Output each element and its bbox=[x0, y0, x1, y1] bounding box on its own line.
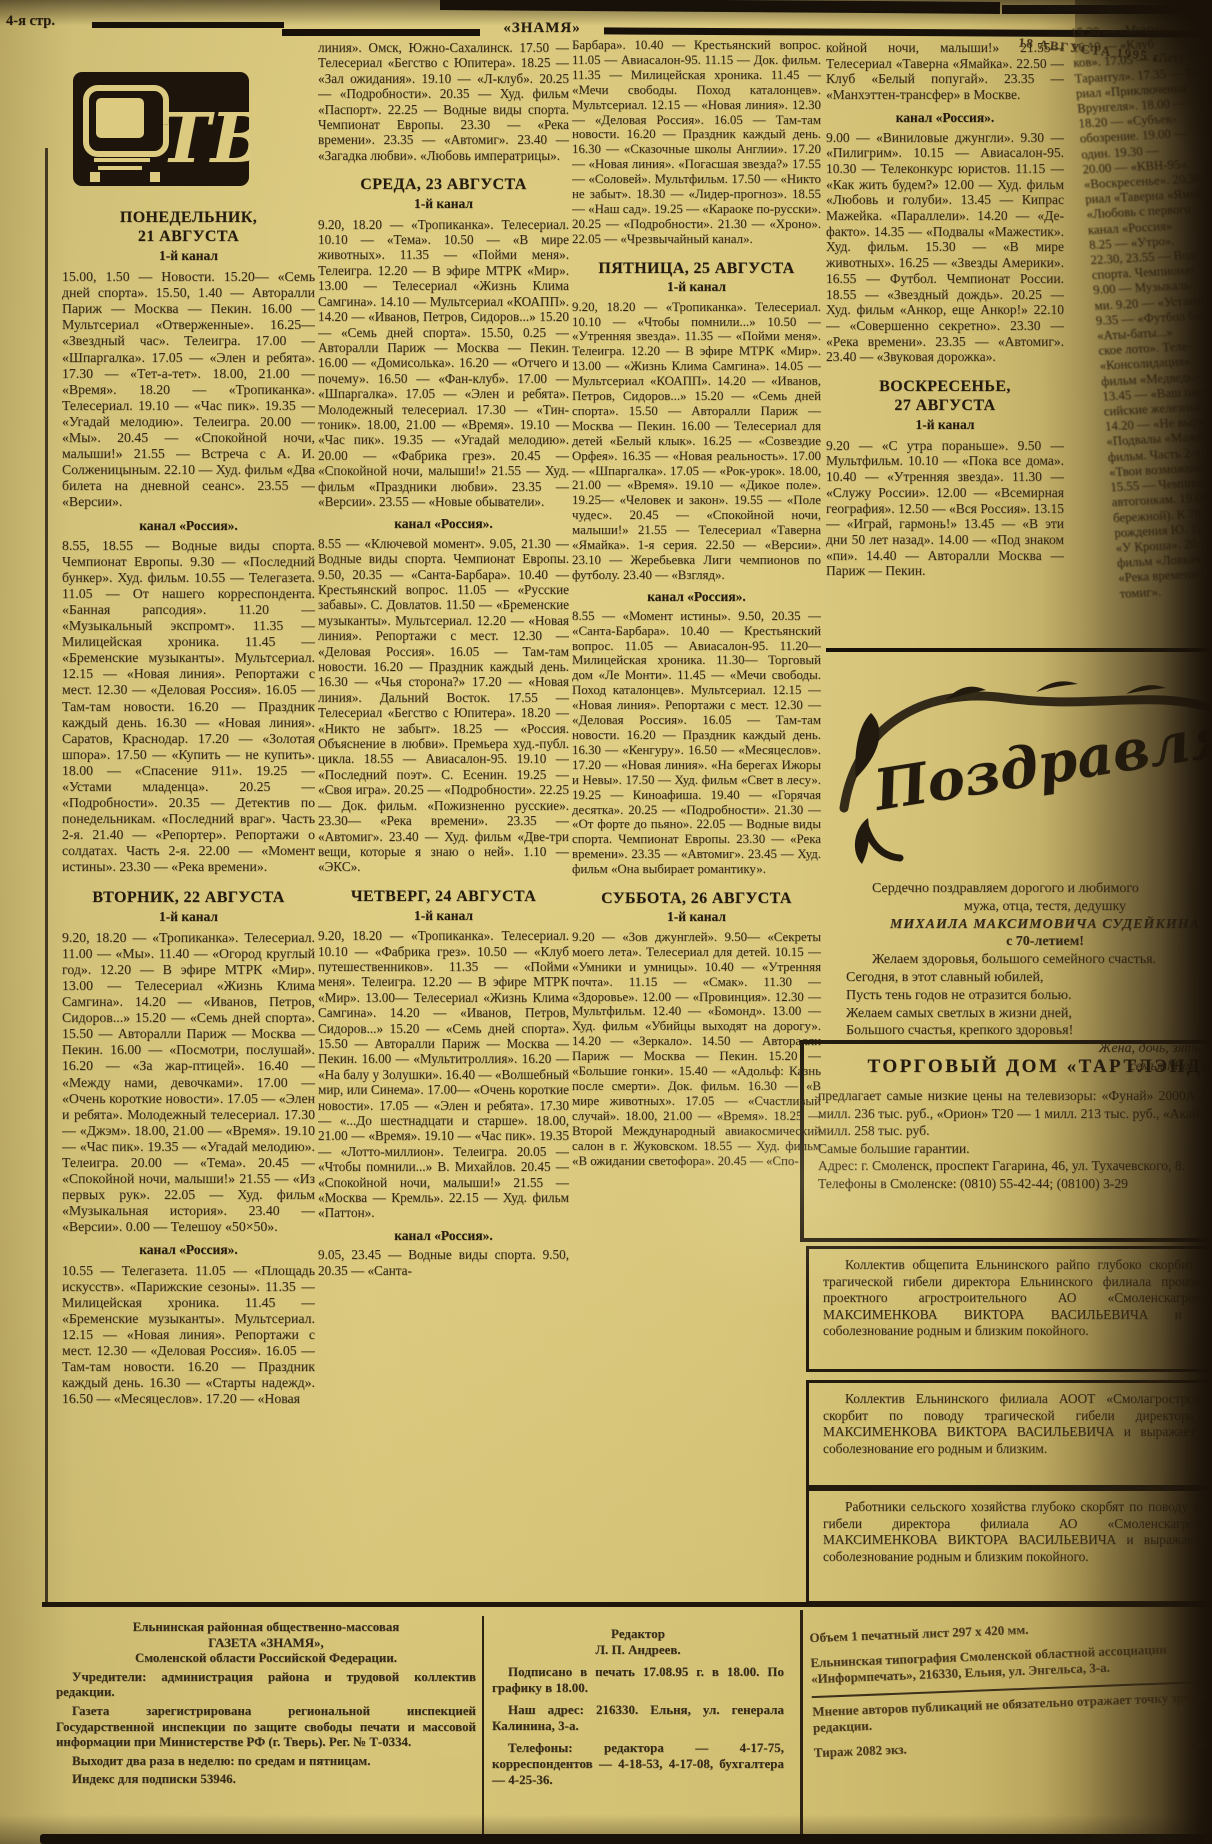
congratulations-ornament: Поздравляем! bbox=[826, 658, 1212, 873]
tartland-ad-box: ТОРГОВЫЙ ДОМ «ТАРТЛЭНД» предлагает самые… bbox=[800, 1040, 1212, 1242]
channel-russia-label: канал «Россия». bbox=[62, 1242, 315, 1258]
day-heading-monday: ПОНЕДЕЛЬНИК, 21 АВГУСТА bbox=[62, 208, 315, 246]
listing-thursday-channel1: 9.20, 18.20 — «Тропиканка». Телесериал. … bbox=[318, 928, 569, 1221]
listing-wednesday-russia: 8.55 — «Ключевой момент». 9.05, 21.30 — … bbox=[318, 536, 569, 875]
footer-rule bbox=[42, 1602, 1212, 1607]
obituary-notice-1: Коллектив общепита Ельнинского райпо глу… bbox=[806, 1246, 1212, 1372]
listing-tuesday-russia: 10.55 — Телегазета. 11.05 — «Площадь иск… bbox=[62, 1263, 315, 1408]
obituary-notice-2: Коллектив Ельнинского филиала АООТ «Смол… bbox=[806, 1380, 1212, 1488]
channel-russia-label: канал «Россия». bbox=[62, 518, 315, 534]
congrats-line: Сердечно поздравляем дорогого и любимого bbox=[846, 880, 1212, 898]
listing-saturday-russia: 9.00 — «Виниловые джунгли». 9.30 — «Пили… bbox=[826, 130, 1064, 366]
congrats-line: Желаем здоровья, большого семейного счас… bbox=[846, 951, 1212, 969]
footer-line: Ельнинская районная общественно-массовая bbox=[56, 1620, 476, 1636]
obituary-text: Коллектив Ельнинского филиала АООТ «Смол… bbox=[823, 1391, 1212, 1457]
day-heading-thursday: ЧЕТВЕРГ, 24 АВГУСТА bbox=[318, 887, 569, 906]
footer-divider-1 bbox=[482, 1616, 484, 1834]
footer-publisher-block: Ельнинская районная общественно-массовая… bbox=[56, 1620, 476, 1788]
channel-russia-label: канал «Россия». bbox=[826, 110, 1064, 126]
listing-sunday-channel1: 9.20 — «С утра пораньше». 9.50 — Мультфи… bbox=[826, 438, 1064, 579]
listing-tuesday-channel1: 9.20, 18.20 — «Тропиканка». Телесериал. … bbox=[62, 930, 315, 1236]
page-number-label: 4-я стр. bbox=[6, 13, 55, 30]
top-rule-segment-right bbox=[1002, 5, 1212, 14]
printing-house-note: Ельнинская типография Смоленской областн… bbox=[810, 1639, 1212, 1687]
channel-russia-label: канал «Россия». bbox=[318, 516, 569, 531]
left-edge-rule bbox=[45, 148, 48, 1604]
founders-note: Учредители: администрация района и трудо… bbox=[56, 1670, 476, 1701]
tv-section-logo: ТВ bbox=[72, 68, 250, 190]
page-label-rule bbox=[92, 22, 284, 28]
section-rule bbox=[826, 648, 1212, 652]
registration-note: Газета зарегистрирована региональной инс… bbox=[56, 1704, 476, 1751]
congrats-jubilee-name: МИХАИЛА МАКСИМОВИЧА СУДЕЙКИНА bbox=[846, 916, 1212, 934]
newspaper-page: 4-я стр. «ЗНАМЯ» 18 АВГУСТА 1995 г. ТВ П… bbox=[0, 0, 1212, 1844]
channel-russia-label: канал «Россия». bbox=[572, 590, 821, 605]
congrats-line: Пусть тень годов не отразится болью. bbox=[846, 987, 1212, 1005]
channel-1-label: 1-й канал bbox=[826, 417, 1064, 433]
ad-title: ТОРГОВЫЙ ДОМ «ТАРТЛЭНД» bbox=[818, 1056, 1212, 1078]
masthead-rule-left bbox=[282, 29, 480, 36]
listing-monday-russia: 8.55, 18.55 — Водные виды спорта. Чемпио… bbox=[62, 538, 315, 876]
channel-1-label: 1-й канал bbox=[318, 196, 569, 211]
congrats-line: мужа, отца, тестя, дедушку bbox=[846, 898, 1212, 916]
channel-1-label: 1-й канал bbox=[62, 909, 315, 925]
channel-1-label: 1-й канал bbox=[572, 910, 821, 925]
channel-1-label: 1-й канал bbox=[318, 908, 569, 923]
address-note: Наш адрес: 216330. Ельня, ул. генерала К… bbox=[492, 1702, 784, 1734]
congrats-line: с 70-летием! bbox=[846, 933, 1212, 951]
phones-note: Телефоны: редактора — 4-17-75, корреспон… bbox=[492, 1740, 784, 1788]
footer-divider-2 bbox=[800, 1610, 803, 1836]
day-heading-friday: ПЯТНИЦА, 25 АВГУСТА bbox=[572, 259, 821, 278]
ad-body: предлагает самые низкие цены на телевизо… bbox=[818, 1087, 1212, 1193]
tv-listings-column-1: ТВ ПОНЕДЕЛЬНИК, 21 АВГУСТА 1-й канал 15.… bbox=[62, 62, 315, 1602]
day-heading-tuesday: ВТОРНИК, 22 АВГУСТА bbox=[62, 888, 315, 907]
listing-wednesday-channel1: 9.20, 18.20 — «Тропиканка». Телесериал. … bbox=[318, 217, 569, 510]
listing-friday-channel1: 9.20, 18.20 — «Тропиканка». Телесериал. … bbox=[572, 300, 821, 583]
listing-monday-channel1: 15.00, 1.50 — Новости. 15.20— «Семь дней… bbox=[62, 269, 315, 510]
print-deadline-note: Подписано в печать 17.08.95 г. в 18.00. … bbox=[492, 1664, 784, 1696]
schedule-note: Выходит два раза в неделю: по средам и п… bbox=[56, 1754, 476, 1770]
day-heading-wednesday: СРЕДА, 23 АВГУСТА bbox=[318, 175, 569, 194]
masthead-title: «ЗНАМЯ» bbox=[482, 20, 602, 37]
editor-name: Л. П. Андреев. bbox=[492, 1642, 784, 1658]
footer-line: Смоленской области Российской Федерации. bbox=[56, 1651, 476, 1667]
channel-1-label: 1-й канал bbox=[572, 280, 821, 295]
fold-column-listings: 15.20 — «Мумми- 16.10 — «Клуб ков». 17.0… bbox=[1070, 18, 1212, 602]
day-heading-sunday: ВОСКРЕСЕНЬЕ, 27 АВГУСТА bbox=[826, 377, 1064, 415]
tv-listings-column-4: койной ночи, малыши!» 21.55— Телесериал … bbox=[826, 40, 1064, 646]
editor-label: Редактор bbox=[492, 1626, 784, 1642]
listing-friday-russia: 8.55 — «Момент истины». 9.50, 20.35 — «С… bbox=[572, 609, 821, 877]
obituary-text: Работники сельского хозяйства глубоко ск… bbox=[823, 1499, 1212, 1565]
top-rule-segment bbox=[440, 0, 1000, 14]
listing-saturday-channel1-continued: койной ночи, малыши!» 21.55— Телесериал … bbox=[826, 40, 1064, 103]
newspaper-name: ГАЗЕТА «ЗНАМЯ», bbox=[56, 1636, 476, 1652]
obituary-notice-3: Работники сельского хозяйства глубоко ск… bbox=[806, 1488, 1212, 1604]
listing-thursday-russia: 9.05, 23.45 — Водные виды спорта. 9.50, … bbox=[318, 1247, 569, 1278]
tv-listings-column-2: линия». Омск, Южно-Сахалинск. 17.50 — Те… bbox=[318, 40, 569, 1602]
subscription-index: Индекс для подписки 53946. bbox=[56, 1772, 476, 1788]
congrats-line: Желаем самых светлых в жизни дней, bbox=[846, 1005, 1212, 1023]
listing-thursday-russia-continued: Барбара». 10.40 — Крестьянский вопрос. 1… bbox=[572, 38, 821, 247]
congrats-line: Большого счастья, крепкого здоровья! bbox=[846, 1022, 1212, 1040]
tv-logo-letters: ТВ bbox=[160, 99, 250, 179]
footer-editor-block: Редактор Л. П. Андреев. Подписано в печа… bbox=[492, 1626, 784, 1788]
channel-russia-label: канал «Россия». bbox=[318, 1228, 569, 1243]
listing-saturday-channel1: 9.20 — «Зов джунглей». 9.50— «Секреты мо… bbox=[572, 930, 821, 1169]
tv-listings-column-3: Барбара». 10.40 — Крестьянский вопрос. 1… bbox=[572, 38, 821, 1602]
obituary-text: Коллектив общепита Ельнинского райпо глу… bbox=[823, 1257, 1212, 1340]
listing-tuesday-russia-continued: линия». Омск, Южно-Сахалинск. 17.50 — Те… bbox=[318, 40, 569, 163]
bottom-edge-rule bbox=[40, 1834, 1212, 1844]
congrats-line: Сегодня, в этот славный юбилей, bbox=[846, 969, 1212, 987]
footer-print-block: Объем 1 печатный лист 297 х 420 мм. Ельн… bbox=[809, 1614, 1212, 1786]
day-heading-saturday: СУББОТА, 26 АВГУСТА bbox=[572, 889, 821, 908]
channel-1-label: 1-й канал bbox=[62, 248, 315, 264]
